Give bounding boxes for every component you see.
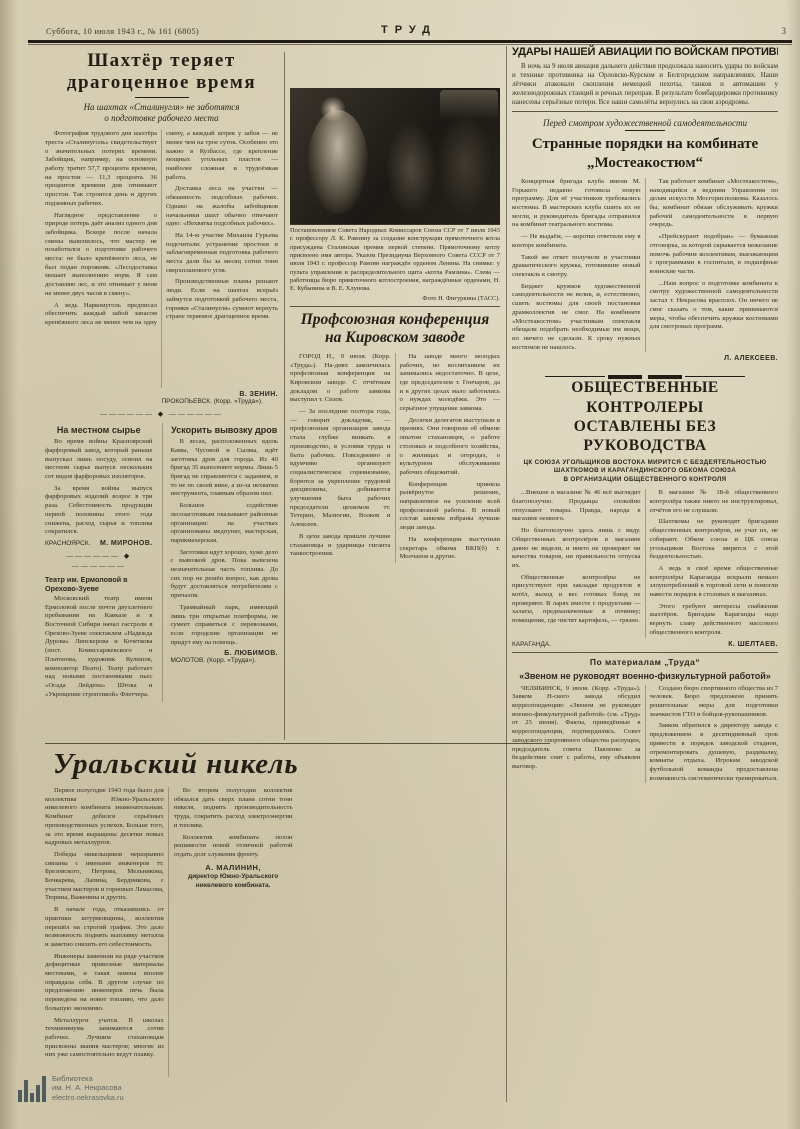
article-body-trud-materials: ЧЕЛЯБИНСК, 9 июля. (Корр. «Труда»). Завк… [512,685,778,784]
paragraph: Создано бюро спортивного общества из 7 ч… [650,685,779,720]
paragraph: В магазине № 18-й общественного контролё… [650,489,779,515]
library-watermark: Библиотека им. Н. А. Некрасова electro.n… [18,1072,124,1102]
paragraph: На конференции выступили секретарь обком… [400,536,501,562]
kicker-review: Перед смотром художественной самодеятель… [512,118,778,128]
newspaper-page: Суббота, 10 июля 1943 г., № 161 (6805) Т… [0,0,800,1129]
byline-block-controllers: КАРАГАНДА. К. ШЕЛТАЕВ. [512,641,778,648]
paragraph: Шахткомы не руководят бригадами обществе… [650,518,779,562]
paragraph: Такой же ответ получили и участники драм… [512,254,641,280]
paragraph: Производственные планы решают люди. Если… [166,278,278,322]
article-body-drova: В лесах, расположенных вдоль Камы, Чусов… [171,438,279,647]
article-title-aviation: УДАРЫ НАШЕЙ АВИАЦИИ ПО ВОЙСКАМ ПРОТИВНИК… [512,46,778,58]
paragraph: Фотография трудового дня шахтёра треста … [45,130,157,208]
watermark-line2: им. Н. А. Некрасова [52,1083,122,1092]
sub-articles-row: На местном сырье Во время войны Краснояр… [45,423,278,702]
paragraph: В начале года, отказавшись от практики ш… [45,906,164,950]
photo-control-panel [440,90,498,120]
paragraph: Наглядное представление о природе потерь… [45,212,157,299]
paragraph: Во время войны Красноярский фарфоровый з… [45,438,153,482]
article-syrye: На местном сырье Во время войны Краснояр… [45,423,153,702]
paragraph: Трамвайный парк, имеющий лишь три открыт… [171,604,279,648]
photo-face [320,96,346,122]
ornament-divider [45,409,278,419]
paragraph: Доставка леса на участки — обязанность п… [166,185,278,229]
paragraph: ...Внешне в магазине № 46 всё выглядит б… [512,489,641,524]
byline-lyubimov: Б. ЛЮБИМОВ. [171,650,279,657]
title-underline [135,97,189,98]
paragraph: ГОРОД Н., 9 июля. (Корр. «Труда»). На-дн… [290,353,391,405]
column-rule-left-mid [284,52,285,740]
paragraph: Этого требуют интересы снабжения шахтёро… [650,603,779,638]
article-title-trud-materials: «Звеном не руководят военно-физкультурно… [512,671,778,681]
paragraph: ...Наш вопрос о подготовке комбината к с… [650,280,779,332]
article-body-shakhter: Фотография трудового дня шахтёра треста … [45,130,278,388]
paragraph: Большое содействие лесозаготовкам оказыв… [171,502,279,546]
paragraph: В лесах, расположенных вдоль Камы, Чусов… [171,438,279,499]
article-drova: Ускорить вывозку дров В лесах, расположе… [162,423,279,702]
photo-ramzin-boiler [290,88,500,224]
article-body-controllers: ...Внешне в магазине № 46 всё выглядит б… [512,489,778,637]
paragraph: Металлурги учатся. В школах техминимума … [45,1017,164,1061]
divider-rule [290,306,500,307]
paragraph: Конференция приняла развёрнутое решение,… [400,481,501,533]
article-title-ural: Уральский никель [53,748,550,781]
paragraph: Общественные контролёры не присутствуют … [512,574,641,626]
paragraph: Но благополучно здесь лишь с виду. Общес… [512,527,641,571]
divider-rule [512,111,778,112]
page-number: 3 [782,26,787,36]
page-header: Суббота, 10 июля 1943 г., № 161 (6805) Т… [28,24,790,38]
paragraph: На 14-м участке Михаила Гурьева подсчита… [166,232,278,276]
byline-block-ural: А. МАЛИНИН, директор Южно-Уральского ник… [174,863,293,891]
paragraph: Первое полугодие 1943 года было для колл… [45,787,164,848]
paragraph: В цехи завода пришли лучшие стахановцы и… [290,533,391,559]
paragraph: Заготовки идут хорошо, хуже дело с вывоз… [171,549,279,601]
article-title-teatr: Театр им. Ермоловой в Орехово-Зуеве [45,575,153,593]
paragraph: Коллектив комбината полон решимости ново… [174,834,293,860]
header-rule [28,40,792,43]
article-subtitle-shakhter: На шахтах «Сталинугля» не заботятся о по… [45,102,278,125]
byline-sheltaev: К. ШЕЛТАЕВ. [728,641,778,648]
photo-figure-man [308,110,368,214]
section-rule-ural [45,743,550,744]
nekrasovka-logo-icon [18,1072,46,1102]
paragraph: Московский театр имени Ермоловой после п… [45,595,153,699]
left-column-zone: Шахтёр теряет драгоценное время На шахта… [45,50,278,742]
paragraph: Бюджет кружков художественной самодеятел… [512,283,641,353]
byline-block-shakhter: В. ЗЕНИН. ПРОКОПЬЕВСК. (Корр. «Труда»). [162,391,279,405]
article-body-profsoyuz: ГОРОД Н., 9 июля. (Корр. «Труда»). На-дн… [290,353,500,564]
photo-caption: Постановлением Совета Народных Комиссаро… [290,227,500,294]
paragraph: Победы никельщиков неразрывно связаны с … [45,851,164,903]
paragraph: Десятки делегатов выступили в прениях. О… [400,417,501,478]
byline-malinin-title: директор Южно-Уральского никелевого комб… [188,873,278,889]
watermark-text: Библиотека им. Н. А. Некрасова electro.n… [52,1074,124,1102]
article-body-aviation: В ночь на 9 июля авиация дальнего действ… [512,62,778,107]
byline-block-strange: Л. АЛЕКСЕЕВ. [512,355,778,362]
section-head-trud-materials: По материалам „Труда“ [512,657,778,667]
dateline-karaganda: КАРАГАНДА. [512,641,551,648]
ural-nickel-zone: Уральский никель Первое полугодие 1943 г… [45,748,550,1088]
paragraph: Концертная бригада клуба имени М. Горько… [512,178,641,230]
byline-zenin: В. ЗЕНИН. [162,391,279,398]
paragraph: За время войны выпуск фарфоровых изделий… [45,485,153,537]
bar-divider [512,367,778,373]
byline-block-syrye: КРАСНОЯРСК. М. МИРОНОВ. [45,540,153,547]
ornament-divider [45,551,153,571]
paragraph: Инженеры заменили на ряде участков дефиц… [45,953,164,1014]
article-title-strange: Странные порядки на комбинате „Мостеакос… [512,135,778,173]
byline-malinin: А. МАЛИНИН, [205,863,261,872]
watermark-line3: electro.nekrasovka.ru [52,1093,124,1102]
dateline-prokopyevsk: ПРОКОПЬЕВСК. (Корр. «Труда»). [162,398,279,405]
photo-credit: Фото Н. Фигуркина (ТАСС). [290,295,500,302]
article-title-controllers: ОБЩЕСТВЕННЫЕ КОНТРОЛЕРЫ ОСТАВЛЕНЫ БЕЗ РУ… [512,378,778,456]
photo-figure-woman-1 [386,122,436,214]
divider-rule [512,652,778,653]
watermark-line1: Библиотека [52,1074,93,1083]
article-body-strange: Концертная бригада клуба имени М. Горько… [512,178,778,352]
article-body-teatr: Московский театр имени Ермоловой после п… [45,595,153,699]
paragraph: — Не выдаём, — коротко ответили ему в ко… [512,233,641,250]
paragraph: Завком обратился к директору завода с пр… [650,722,779,783]
article-title-syrye: На местном сырье [45,425,153,435]
article-title-drova: Ускорить вывозку дров [171,425,279,435]
masthead-title: ТРУД [28,24,790,36]
paragraph: «Прейскурант подобран» — бумажная отгово… [650,233,779,277]
article-body-ural: Первое полугодие 1943 года было для колл… [45,787,550,1077]
article-title-shakhter: Шахтёр теряет драгоценное время [45,50,278,94]
photo-figure-woman-2 [438,114,492,214]
paragraph: Так работает комбинат «Мостеакостюм», на… [650,178,779,230]
byline-block-drova: Б. ЛЮБИМОВ. МОЛОТОВ. (Корр. «Труда»). [171,650,279,664]
article-title-profsoyuz: Профсоюзная конференция на Кировском зав… [290,311,500,348]
paragraph: На заводе много молодых рабочих, но восп… [400,353,501,414]
article-subtitle-controllers: ЦК СОЮЗА УГОЛЬЩИКОВ ВОСТОКА МИРИТСЯ С БЕ… [512,459,778,485]
right-column-zone: УДАРЫ НАШЕЙ АВИАЦИИ ПО ВОЙСКАМ ПРОТИВНИК… [512,44,778,1106]
paragraph: Во втором полугодии коллектив обязался д… [174,787,293,831]
dateline-molotov: МОЛОТОВ. (Корр. «Труда»). [171,657,279,664]
kicker-underline [625,130,665,131]
paragraph: А ведь в своё время общественные контрол… [650,565,779,600]
byline-mironov: М. МИРОНОВ. [100,540,153,547]
paragraph: В ночь на 9 июля авиация дальнего действ… [512,62,778,107]
paragraph: — За последние полтора года, — говорит д… [290,408,391,530]
byline-alekseev: Л. АЛЕКСЕЕВ. [724,355,778,362]
article-body-syrye: Во время войны Красноярский фарфоровый з… [45,438,153,537]
middle-column-zone: Постановлением Совета Народных Комиссаро… [290,88,500,742]
dateline-krasnoyarsk: КРАСНОЯРСК. [45,540,90,547]
